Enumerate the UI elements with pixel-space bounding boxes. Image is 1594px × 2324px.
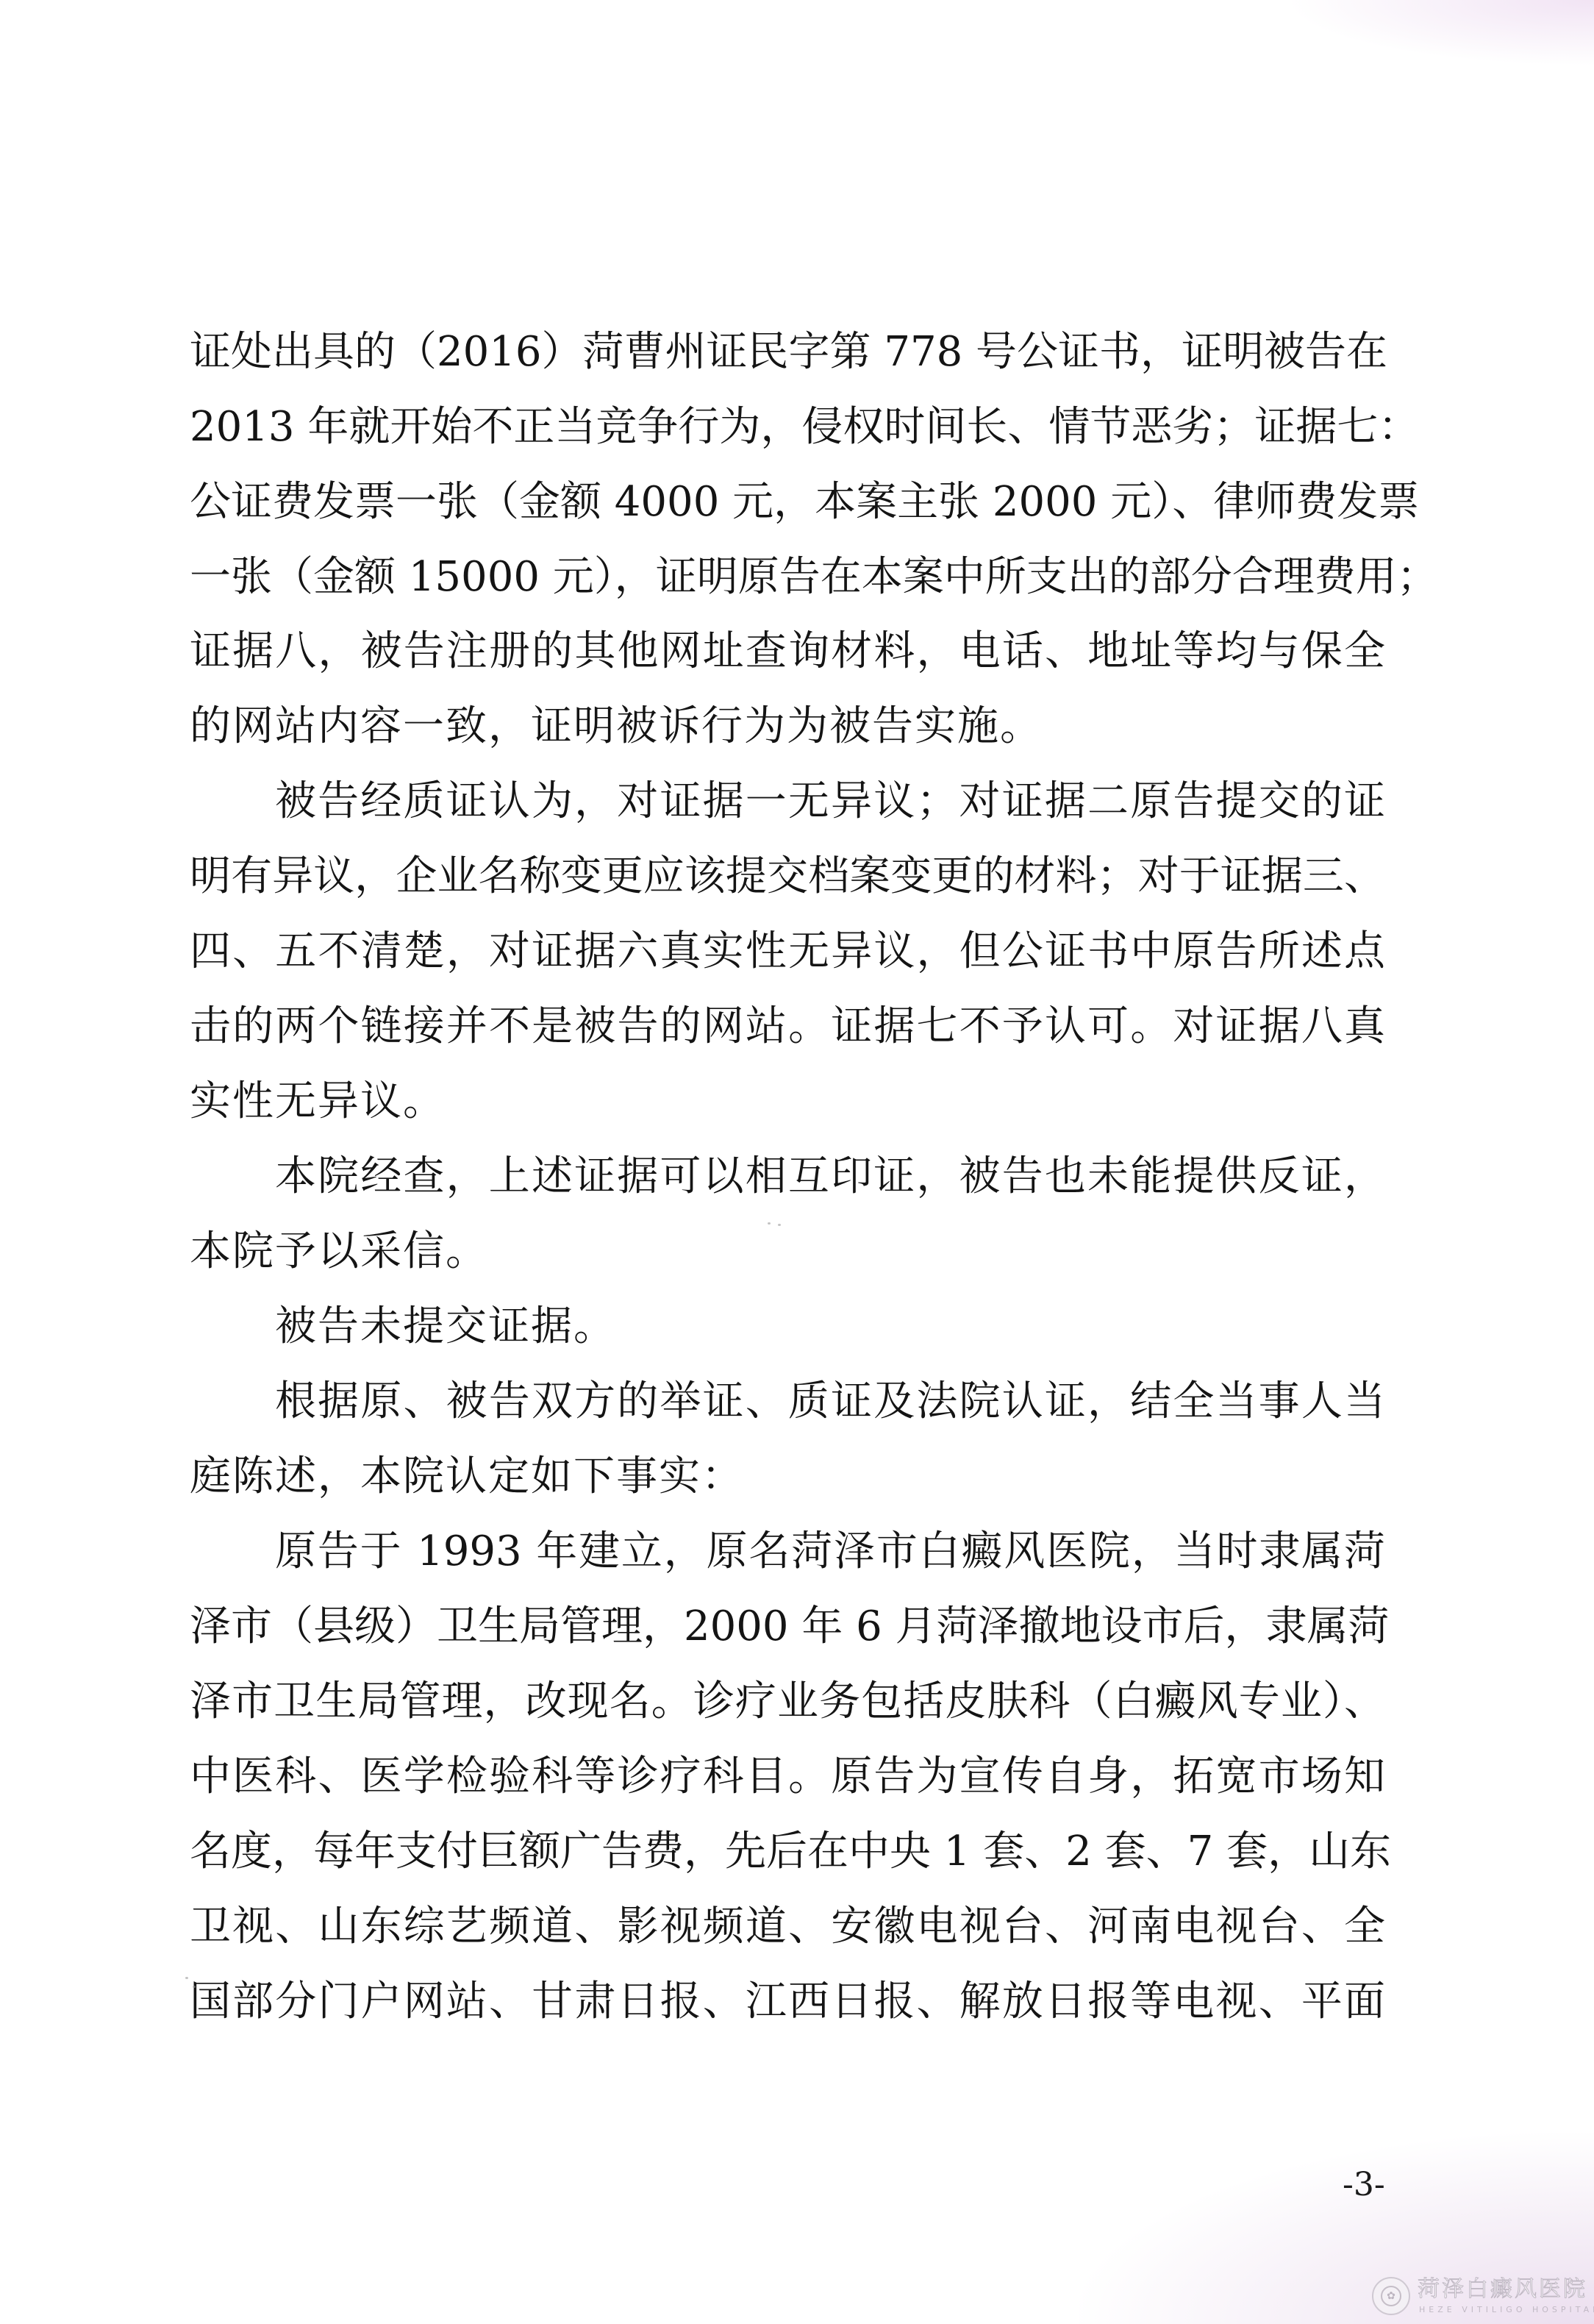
- page-number: -3-: [1343, 2167, 1385, 2203]
- text-line: 庭陈述，本院认定如下事实：: [190, 1454, 1385, 1500]
- text-line: 国部分门户网站、甘肃日报、江西日报、解放日报等电视、平面: [190, 1979, 1385, 2025]
- scan-speck: [778, 1224, 781, 1226]
- text-line: 泽市卫生局管理，改现名。诊疗业务包括皮肤科（白癜风专业）、: [190, 1679, 1385, 1725]
- text-line: 明有异议，企业名称变更应该提交档案变更的材料；对于证据三、: [190, 854, 1385, 899]
- text-line: 中医科、医学检验科等诊疗科目。原告为宣传自身，拓宽市场知: [190, 1754, 1385, 1800]
- text-line: 证处出具的（2016）菏曹州证民字第 778 号公证书，证明被告在: [190, 329, 1385, 375]
- text-line: 本院予以采信。: [190, 1229, 1385, 1275]
- text-line: 卫视、山东综艺频道、影视频道、安徽电视台、河南电视台、全: [190, 1904, 1385, 1950]
- text-line: 被告经质证认为，对证据一无异议；对证据二原告提交的证: [275, 779, 1385, 824]
- watermark-name-cn: 菏泽白癜风医院: [1418, 2277, 1587, 2302]
- text-line: 泽市（县级）卫生局管理，2000 年 6 月菏泽撤地设市后，隶属菏: [190, 1604, 1385, 1650]
- text-line: 被告未提交证据。: [275, 1304, 1385, 1350]
- text-line: 的网站内容一致，证明被诉行为为被告实施。: [190, 704, 1385, 749]
- text-line: 2013 年就开始不正当竞争行为，侵权时间长、情节恶劣；证据七：: [190, 404, 1385, 450]
- text-line: 四、五不清楚，对证据六真实性无异议，但公证书中原告所述点: [190, 929, 1385, 974]
- text-line: 公证费发票一张（金额 4000 元，本案主张 2000 元）、律师费发票: [190, 480, 1385, 525]
- text-line: 实性无异议。: [190, 1079, 1385, 1124]
- text-line: 原告于 1993 年建立，原名菏泽市白癜风医院，当时隶属菏: [275, 1529, 1385, 1575]
- text-line: 证据八，被告注册的其他网址查询材料，电话、地址等均与保全: [190, 629, 1385, 674]
- text-line: 一张（金额 15000 元），证明原告在本案中所支出的部分合理费用；: [190, 555, 1385, 600]
- logo-emblem-icon: ✿: [1381, 2286, 1401, 2306]
- scan-speck: [193, 1986, 196, 1988]
- scan-tint-top: [1285, 0, 1594, 66]
- text-line: 根据原、被告双方的举证、质证及法院认证，结全当事人当: [275, 1379, 1385, 1425]
- text-line: 名度，每年支付巨额广告费，先后在中央 1 套、2 套、7 套，山东: [190, 1829, 1385, 1875]
- text-line: 本院经查，上述证据可以相互印证，被告也未能提供反证，: [275, 1154, 1385, 1200]
- hospital-watermark: ✿ 菏泽白癜风医院 HEZE VITILIGO HOSPITAL: [1372, 2275, 1593, 2321]
- hospital-logo-icon: ✿: [1372, 2277, 1410, 2315]
- watermark-name-en: HEZE VITILIGO HOSPITAL: [1419, 2305, 1594, 2315]
- scan-speck: [185, 1977, 188, 1979]
- scan-speck: [768, 1222, 771, 1225]
- text-line: 击的两个链接并不是被告的网站。证据七不予认可。对证据八真: [190, 1004, 1385, 1049]
